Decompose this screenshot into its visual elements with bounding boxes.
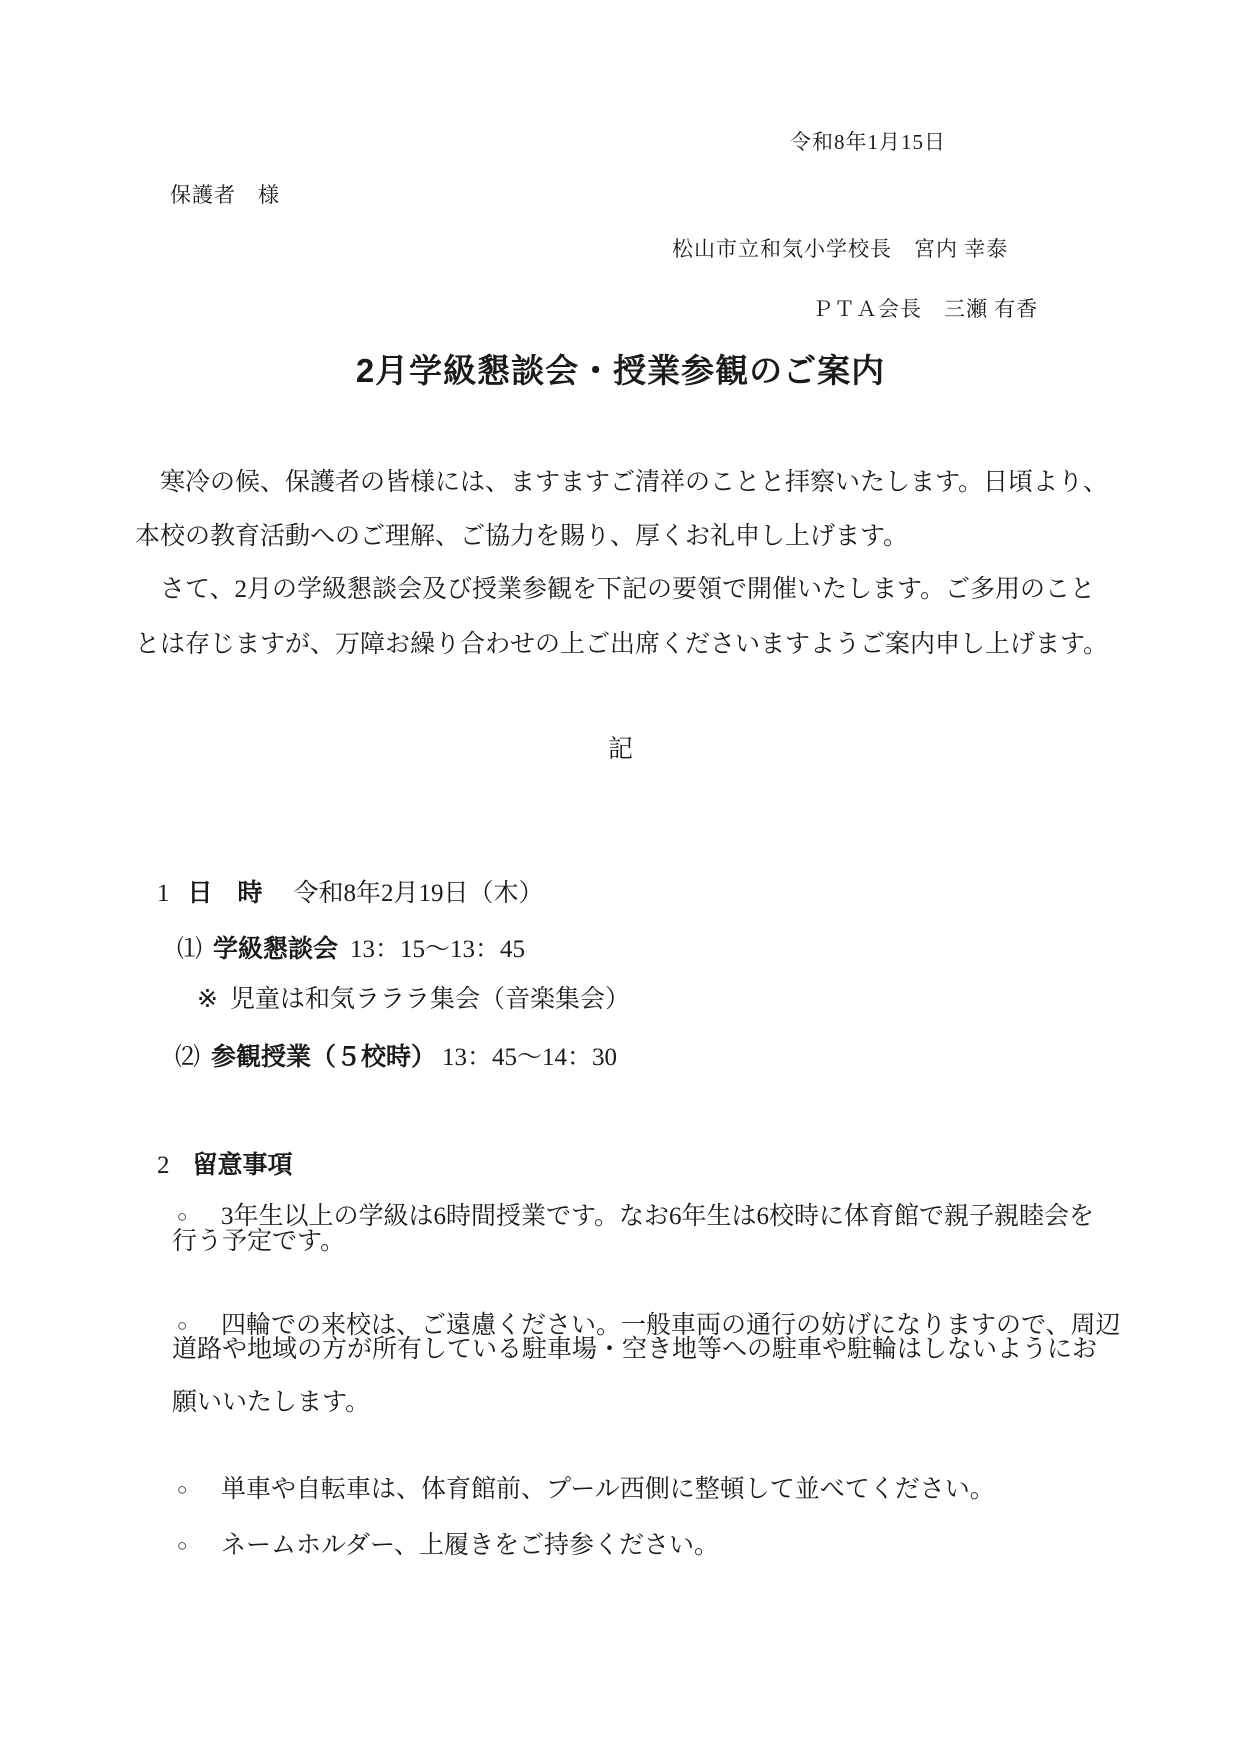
circle-bullet-icon: ○ (177, 1317, 221, 1334)
bullet-3-text: 単車や自転車は、体育館前、プール西側に整頓して並べてください。 (221, 1476, 995, 1503)
bullet-1-text-line-1: 3年生以上の学級は6時間授業です。なお6年生は6校時に体育館で親子親睦会を (221, 1203, 1094, 1230)
sender-principal-line: 松山市立和気小学校長 宮内 幸泰 (672, 237, 1008, 262)
item-2-marker: ⑵ (175, 1044, 200, 1071)
item-class-observation: ⑵参観授業（５校時）13：45～14：30 (150, 1012, 617, 1103)
note-text: 児童は和気ラララ集会（音楽集会） (230, 986, 630, 1013)
item-2-time: 13：45～14：30 (442, 1044, 617, 1071)
body-paragraph-line: さて、2月の学級懇談会及び授業参観を下記の要領で開催いたします。ご多用のこと (160, 575, 1095, 605)
bullet-2-continuation: 道路や地域の方が所有している駐車場・空き地等への駐車や駐輪はしないようにお (172, 1335, 1097, 1365)
section-1-heading: 日 時 (188, 879, 263, 907)
body-paragraph-line: 寒冷の候、保護者の皆様には、ますますご清祥のことと拝察いたします。日頃より、 (160, 468, 1108, 498)
circle-bullet-icon: ○ (177, 1481, 221, 1498)
sender-pta-line: ＰＴＡ会長 三瀬 有香 (812, 297, 1038, 322)
item-2-label: 参観授業（５校時） (211, 1043, 436, 1071)
body-paragraph-line: 本校の教育活動へのご理解、ご協力を賜り、厚くお礼申し上げます。 (135, 522, 908, 552)
circle-bullet-icon: ○ (177, 1208, 221, 1225)
document-date: 令和8年1月15日 (790, 130, 946, 155)
section-1-number: 1 (157, 880, 170, 907)
recipient-line: 保護者 様 (170, 183, 280, 208)
bullet-2-continuation: 願いいたします。 (172, 1388, 370, 1418)
circle-bullet-icon: ○ (177, 1537, 221, 1554)
body-paragraph-line: とは存じますが、万障お繰り合わせの上ご出席くださいますようご案内申し上げます。 (135, 630, 1108, 660)
bullet-bring-items: ○ネームホルダー、上履きをご持参ください。 (152, 1501, 719, 1591)
document-page: 令和8年1月15日 保護者 様 松山市立和気小学校長 宮内 幸泰 ＰＴＡ会長 三… (0, 0, 1241, 1755)
bullet-4-text: ネームホルダー、上履きをご持参ください。 (221, 1532, 719, 1559)
ki-marker: 記 (0, 735, 1241, 765)
section-1-date-value: 令和8年2月19日（木） (294, 880, 544, 907)
note-marker: ※ (197, 986, 218, 1013)
document-title: 2月学級懇談会・授業参観のご案内 (0, 351, 1241, 391)
bullet-1-continuation: 行う予定です。 (172, 1227, 345, 1257)
